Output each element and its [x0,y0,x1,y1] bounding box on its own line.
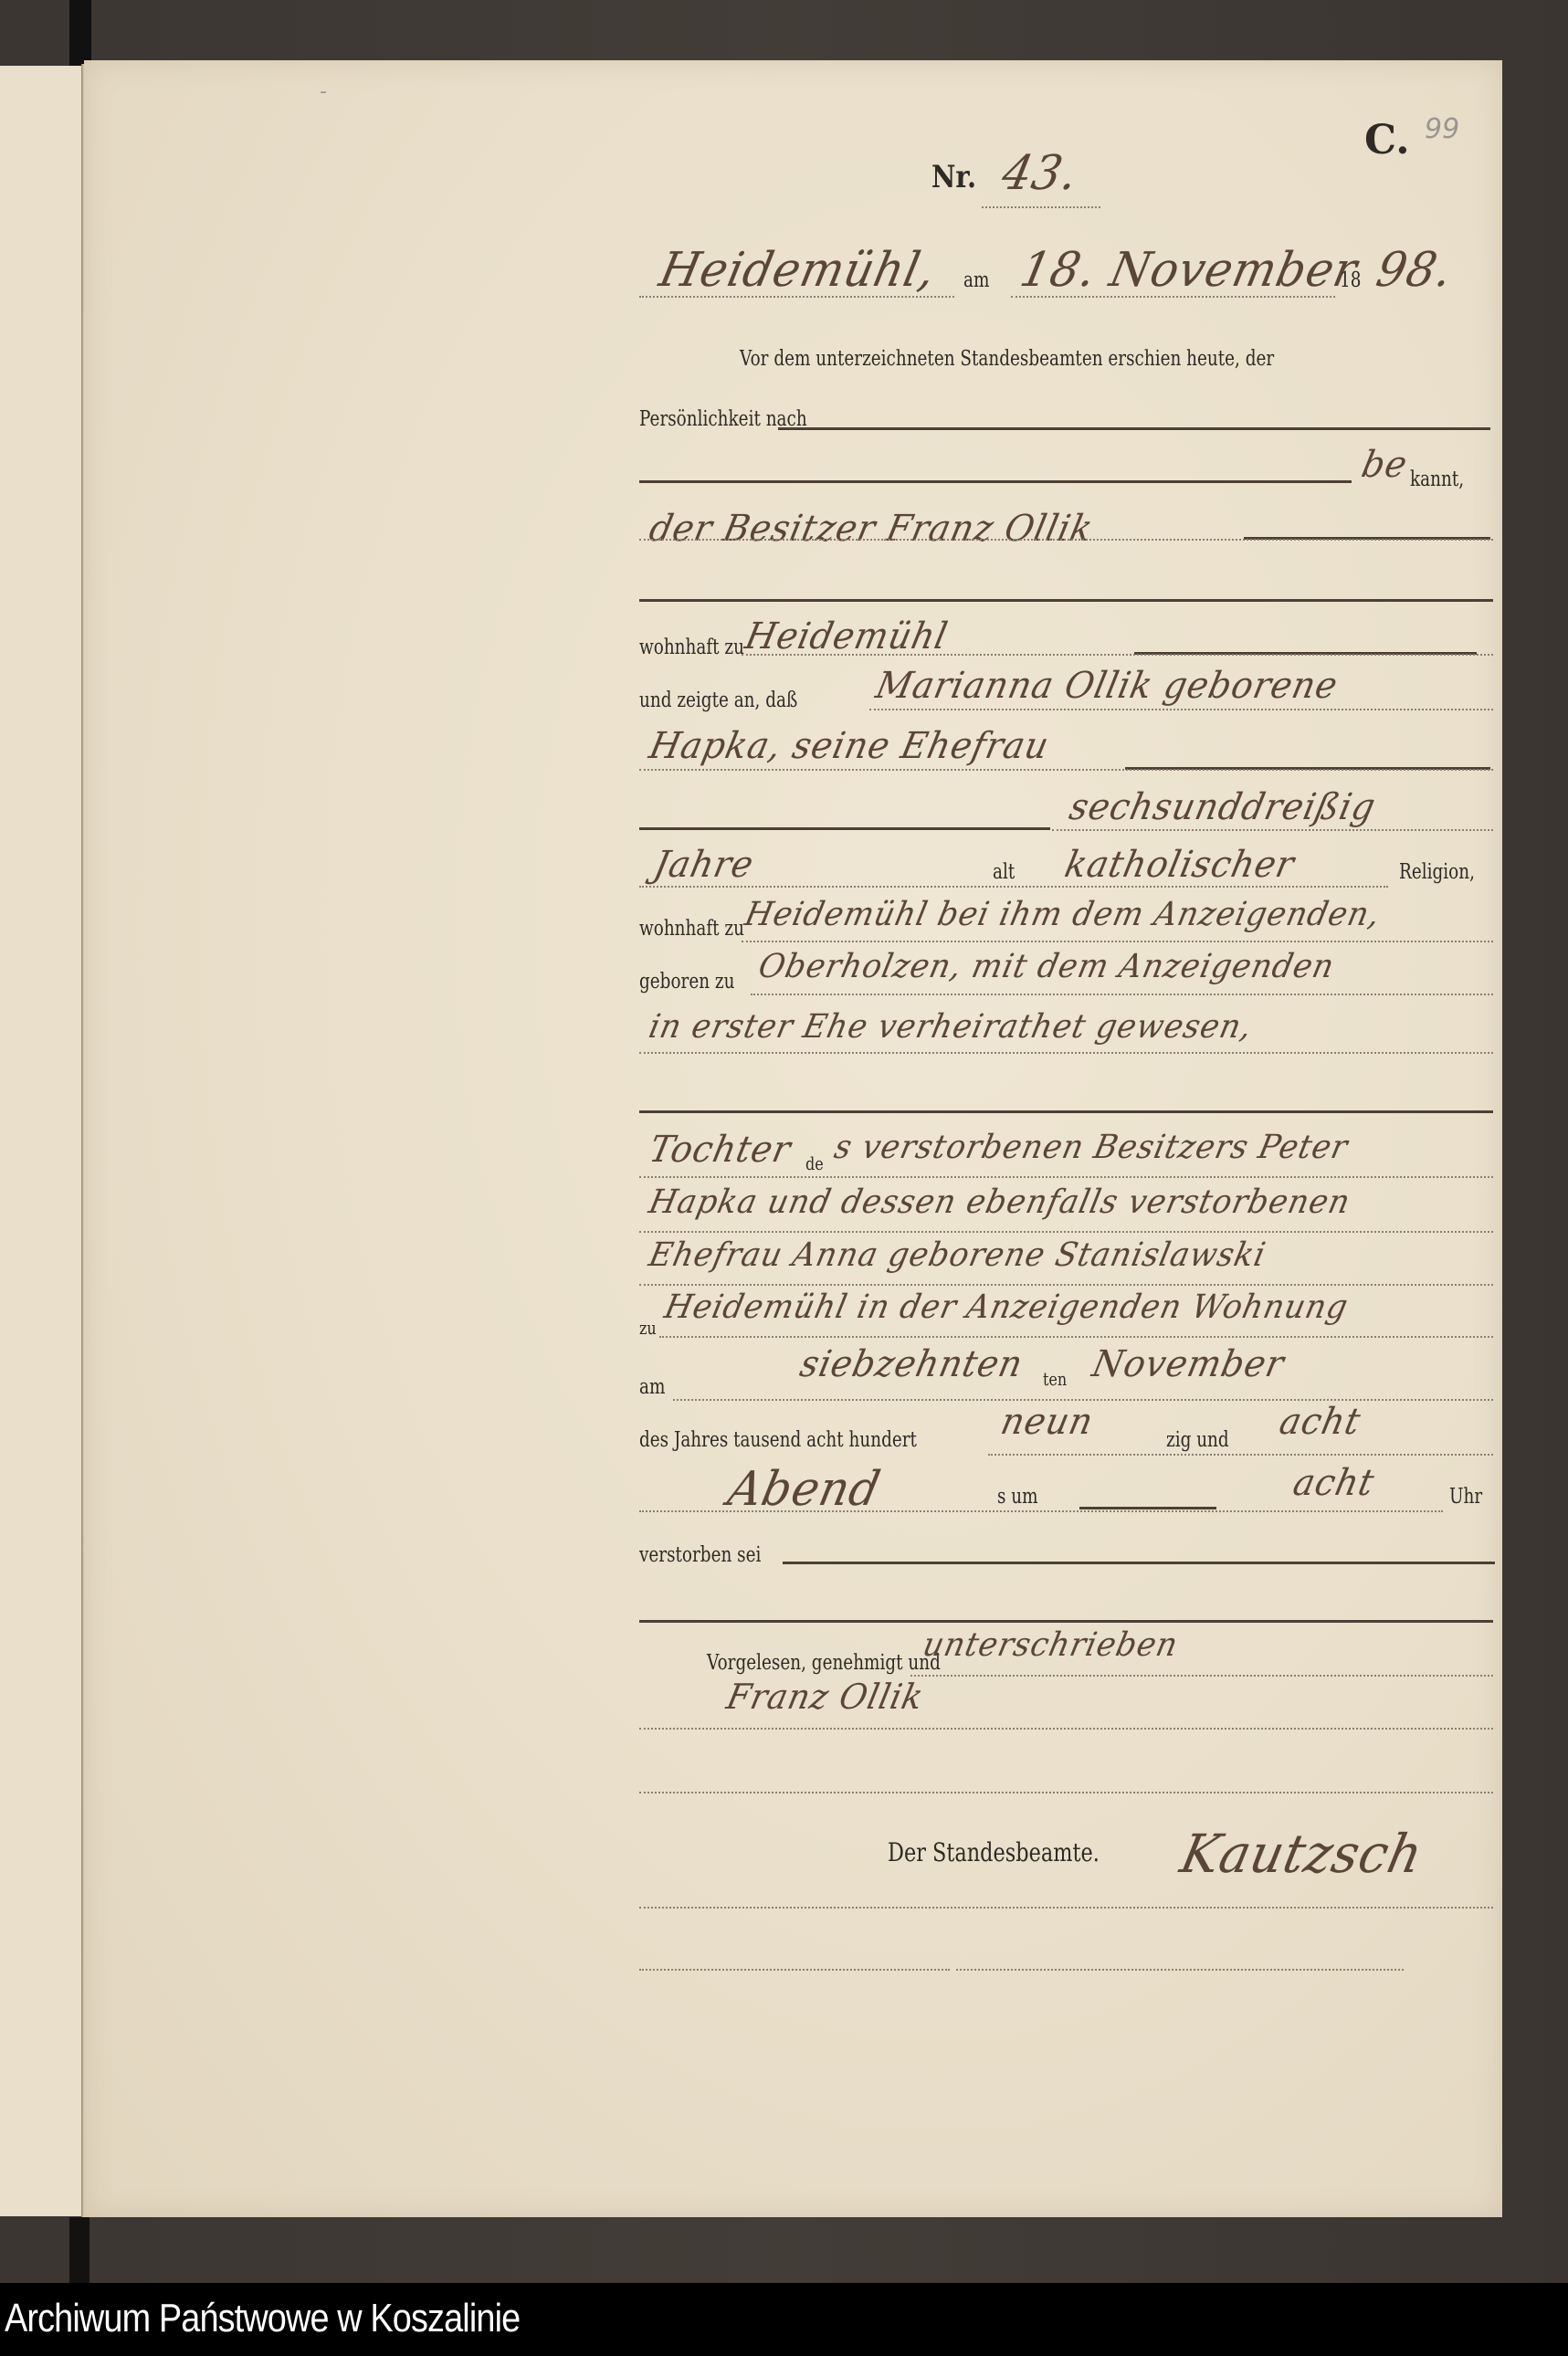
residence2-value: Heidemühl bei ihm dem Anzeigenden, [742,896,1384,933]
strike-line [639,480,1352,483]
read-line [910,1675,1493,1677]
date-am-label: am [963,268,989,292]
residence-label: wohnhaft zu [639,636,744,659]
uhr-label: Uhr [1449,1485,1482,1509]
daughter-dotted-2 [639,1231,1493,1233]
am-label: am [639,1375,665,1399]
strike-line [783,1562,1495,1564]
zig-label: zig und [1166,1428,1229,1452]
blank-line [639,1792,1493,1793]
time-line [639,1510,1443,1512]
residence-value: Heidemühl [742,615,952,657]
read-label: Vorgelesen, genehmigt und [707,1651,941,1675]
record-number-line [982,206,1100,208]
zu-label: zu [639,1317,657,1339]
year-prefix: 18 [1340,268,1361,292]
informant-line [639,539,1493,541]
deceased-name: Marianna Ollik geborene [872,665,1342,707]
book-spine-top [69,0,91,66]
daughter-line-3: Ehefrau Anna geborene Stanislawski [646,1236,1269,1274]
residence-line [742,654,1493,656]
informant-value: der Besitzer Franz Ollik [646,508,1097,550]
born-label: geboren zu [639,970,734,994]
s-um-label: s um [997,1485,1038,1509]
strike-line [778,427,1490,430]
deceased-cont-line [639,769,1493,771]
years-value: Jahre [650,844,758,886]
death-place-line [659,1336,1493,1338]
year-line [988,1454,1493,1456]
strike-line [639,827,1050,830]
signed-value: unterschrieben [920,1626,1182,1664]
religion-label: Religion, [1399,860,1475,884]
section-divider [639,1110,1493,1113]
born-line [751,994,1493,995]
daughter-hand: Tochter [646,1129,795,1171]
section-divider [639,1620,1493,1623]
footer-bar: Archiwum Państwowe w Koszalinie [0,2283,1568,2356]
residence2-line [742,941,1493,942]
date-line [1011,296,1335,298]
reported-label: und zeigte an, daß [639,689,797,712]
daughter-line-2: Hapka und dessen ebenfalls verstorbenen [646,1183,1353,1221]
daughter-dotted-3 [639,1284,1493,1286]
strike-line [639,599,1493,602]
deceased-name-cont: Hapka, seine Ehefrau [646,725,1053,767]
daughter-line-1 [639,1176,1493,1178]
pencil-page-number: 99 [1425,113,1459,145]
date-value: 18. November [1016,243,1363,298]
daughter-print: de [805,1152,824,1174]
year-suffix: 98. [1372,243,1458,298]
ten-label: ten [1043,1368,1067,1390]
book-spine-bottom [69,2217,89,2283]
facing-page-edge [0,66,82,2216]
alt-label: alt [993,860,1015,884]
record-number-label: Nr. [931,159,976,195]
religion-line [639,886,1388,888]
born-value: Oberholzen, mit dem Anzeigenden [755,948,1338,985]
pencil-mark: ‐ [320,80,327,103]
marriage-line: in erster Ehe verheirathet gewesen, [646,1008,1256,1046]
age-words: sechsunddreißig [1066,786,1380,828]
informant-signature: Franz Ollik [723,1677,927,1717]
year-label: des Jahres tausend acht hundert [639,1428,917,1452]
intro-text: Vor dem unterzeichneten Standesbeamten e… [740,347,1274,371]
record-number-value: 43. [997,146,1083,201]
marriage-dotted [639,1052,1493,1054]
signature-line [639,1728,1493,1730]
place-line [639,296,954,298]
death-month: November [1089,1343,1288,1385]
page-gutter [81,64,84,2217]
register-page: ‐ C. 99 Nr. 43. Heidemühl, am 18. Novemb… [84,60,1502,2217]
died-label: verstorben sei [639,1543,761,1567]
time-of-day: Abend [723,1462,885,1517]
age-line [1052,829,1493,831]
death-place: Heidemühl in der Anzeigenden Wohnung [661,1288,1352,1326]
known-hand: be [1358,444,1411,486]
registrar-label: Der Standesbeamte. [888,1837,1100,1867]
decade-value: neun [997,1401,1097,1443]
registrar-line [639,1907,1493,1909]
known-print: kannt, [1410,468,1464,491]
place-value: Heidemühl, [655,243,941,298]
religion-value: katholischer [1061,844,1299,886]
final-line-right [956,1969,1404,1971]
archive-name: Archiwum Państwowe w Koszalinie [5,2296,520,2341]
strike-line [1079,1507,1216,1509]
registrar-signature: Kautzsch [1175,1823,1428,1885]
hour-value: acht [1289,1462,1378,1504]
residence2-label: wohnhaft zu [639,917,744,941]
corner-mark: C. [1364,117,1410,163]
daughter-rest: s verstorbenen Besitzers Peter [831,1129,1352,1166]
final-line-left [639,1969,950,1971]
unit-value: acht [1276,1401,1364,1443]
deceased-name-line [869,709,1493,710]
death-day: siebzehnten [796,1343,1026,1385]
